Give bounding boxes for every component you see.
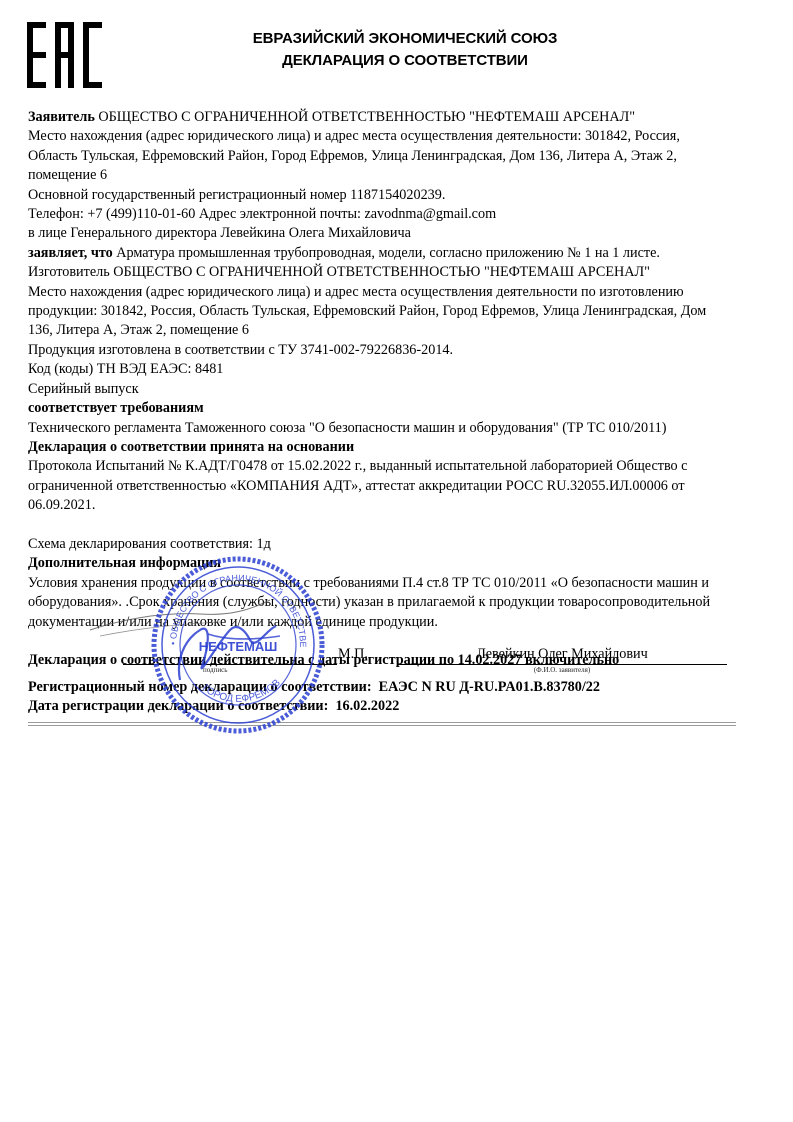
- applicant-representative: в лице Генерального директора Левейкина …: [28, 224, 768, 243]
- declares-text: Арматура промышленная трубопроводная, мо…: [113, 245, 660, 261]
- registration-date-value: 16.02.2022: [335, 698, 399, 714]
- registration-date-line: Дата регистрации декларации о соответств…: [28, 697, 768, 716]
- product-release: Серийный выпуск: [28, 380, 768, 399]
- signature-row: подпись М.П. Левейкин Олег Михайлович (Ф…: [0, 642, 793, 676]
- eac-mark-icon: [27, 22, 103, 88]
- declaration-body: Заявитель ОБЩЕСТВО С ОГРАНИЧЕННОЙ ОТВЕТС…: [28, 108, 768, 671]
- manufacturer-address-line: Место нахождения (адрес юридического лиц…: [28, 283, 768, 302]
- signer-name-underline: [397, 664, 727, 665]
- applicant-ogrn: Основной государственный регистрационный…: [28, 186, 768, 205]
- product-spec: Продукция изготовлена в соответствии с Т…: [28, 341, 768, 360]
- registration-number-value: ЕАЭС N RU Д-RU.PA01.B.83780/22: [379, 679, 600, 695]
- manufacturer-address-line: 136, Литера А, Этаж 2, помещение 6: [28, 321, 768, 340]
- basis-line: 06.09.2021.: [28, 496, 768, 515]
- declaration-scheme: Схема декларирования соответствия: 1д: [28, 535, 768, 554]
- additional-info-line: Условия хранения продукции в соответстви…: [28, 574, 768, 593]
- registration-number-label: Регистрационный номер декларации о соотв…: [28, 679, 372, 695]
- applicant-label: Заявитель: [28, 109, 95, 125]
- additional-info-line: оборудования». .Срок хранения (службы, г…: [28, 593, 768, 612]
- basis-line: Протокола Испытаний № К.АДТ/Г0478 от 15.…: [28, 457, 768, 476]
- applicant-contacts: Телефон: +7 (499)110-01-60 Адрес электро…: [28, 205, 768, 224]
- additional-info-label: Дополнительная информация: [28, 554, 768, 573]
- registration-date-label: Дата регистрации декларации о соответств…: [28, 698, 328, 714]
- signer-name: Левейкин Олег Михайлович: [397, 646, 727, 663]
- declares-line: заявляет, что Арматура промышленная труб…: [28, 244, 768, 263]
- additional-info-line: документации и/или на упаковке и/или каж…: [28, 613, 768, 632]
- applicant-address-line: Область Тульская, Ефремовский Район, Гор…: [28, 147, 768, 166]
- document-title: ДЕКЛАРАЦИЯ О СООТВЕТСТВИИ: [170, 50, 640, 72]
- conformity-label: соответствует требованиям: [28, 399, 768, 418]
- signer-name-caption: (Ф.И.О. заявителя): [397, 666, 727, 674]
- spacer: [28, 516, 768, 535]
- manufacturer-address-line: продукции: 301842, Россия, Область Тульс…: [28, 302, 768, 321]
- signature-underline: [123, 664, 337, 665]
- seal-placeholder-label: М.П.: [338, 646, 368, 663]
- union-title: ЕВРАЗИЙСКИЙ ЭКОНОМИЧЕСКИЙ СОЮЗ: [170, 28, 640, 50]
- applicant-line: Заявитель ОБЩЕСТВО С ОГРАНИЧЕННОЙ ОТВЕТС…: [28, 108, 768, 127]
- document-header: ЕВРАЗИЙСКИЙ ЭКОНОМИЧЕСКИЙ СОЮЗ ДЕКЛАРАЦИ…: [170, 28, 640, 72]
- declaration-page: ЕВРАЗИЙСКИЙ ЭКОНОМИЧЕСКИЙ СОЮЗ ДЕКЛАРАЦИ…: [0, 0, 793, 1122]
- applicant-address-line: помещение 6: [28, 166, 768, 185]
- basis-line: ограниченной ответственностью «КОМПАНИЯ …: [28, 477, 768, 496]
- product-hs-code: Код (коды) ТН ВЭД ЕАЭС: 8481: [28, 360, 768, 379]
- declares-label: заявляет, что: [28, 245, 113, 261]
- manufacturer-line: Изготовитель ОБЩЕСТВО С ОГРАНИЧЕННОЙ ОТВ…: [28, 263, 768, 282]
- registration-block: Регистрационный номер декларации о соотв…: [28, 678, 768, 715]
- signature-caption: подпись: [203, 666, 227, 674]
- conformity-regulation: Технического регламента Таможенного союз…: [28, 419, 768, 438]
- basis-label: Декларация о соответствии принята на осн…: [28, 438, 768, 457]
- registration-number-line: Регистрационный номер декларации о соотв…: [28, 678, 768, 697]
- applicant-name: ОБЩЕСТВО С ОГРАНИЧЕННОЙ ОТВЕТСТВЕННОСТЬЮ…: [95, 109, 635, 125]
- applicant-address-line: Место нахождения (адрес юридического лиц…: [28, 127, 768, 146]
- bottom-divider: [28, 722, 736, 726]
